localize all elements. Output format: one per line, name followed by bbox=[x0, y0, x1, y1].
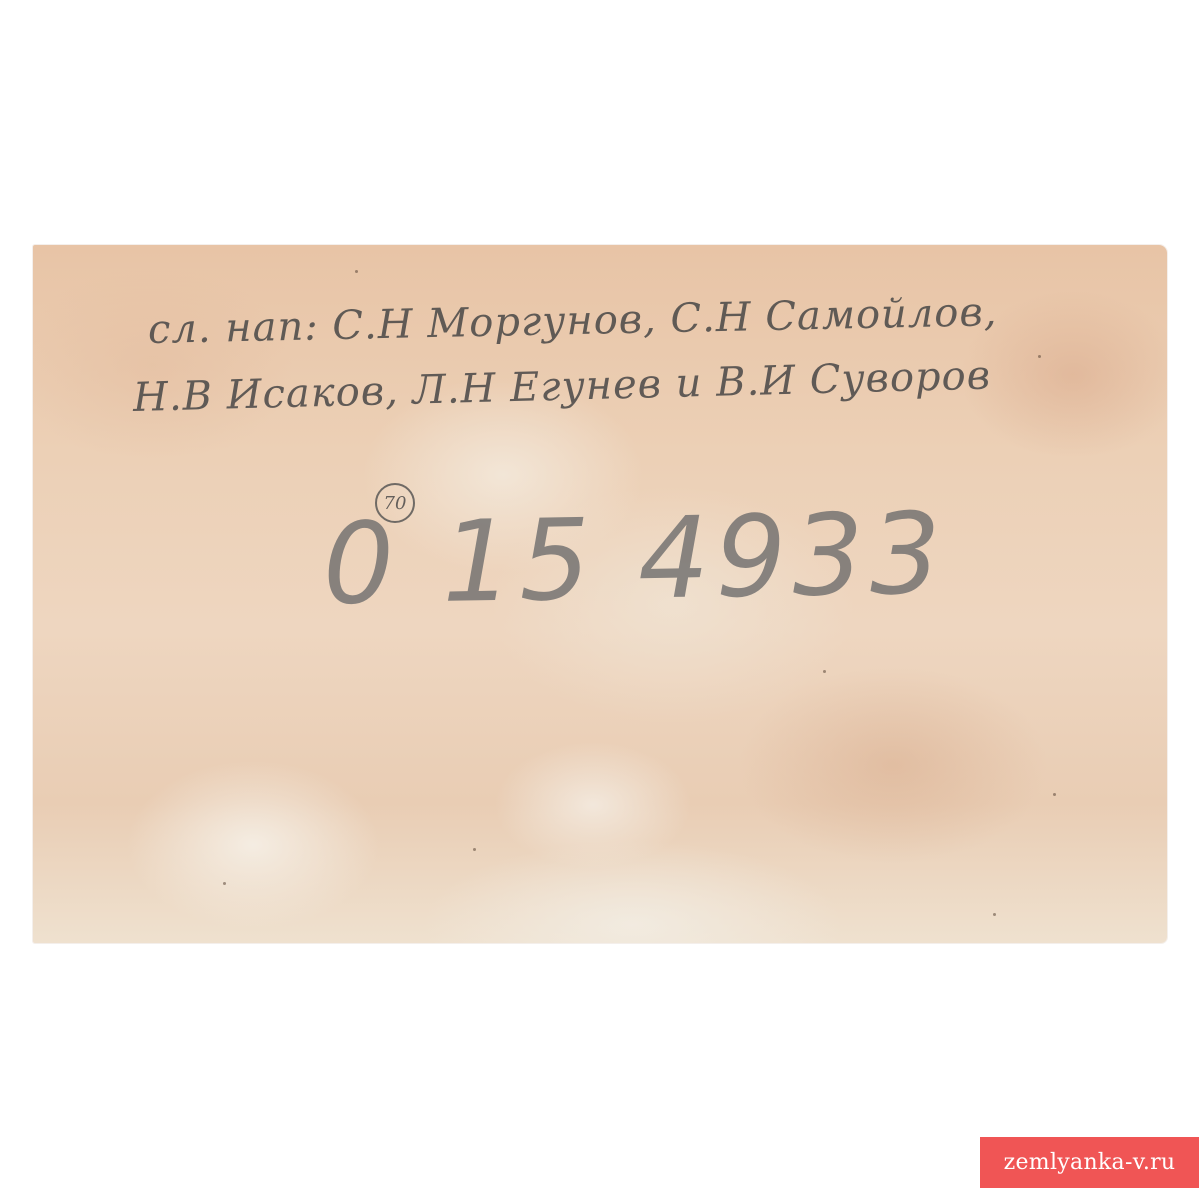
inscription-line-1: сл. нап: С.Н Моргунов, С.Н Самойлов, bbox=[148, 289, 998, 353]
paper-speck bbox=[223, 882, 226, 885]
paper-speck bbox=[355, 270, 358, 273]
photo-card-back: сл. нап: С.Н Моргунов, С.Н Самойлов, Н.В… bbox=[33, 245, 1167, 943]
catalog-number: 0 15 4933 bbox=[322, 489, 948, 630]
site-watermark: zemlyanka-v.ru bbox=[980, 1137, 1199, 1188]
paper-speck bbox=[823, 670, 826, 673]
paper-speck bbox=[1038, 355, 1041, 358]
paper-speck bbox=[1053, 793, 1056, 796]
paper-speck bbox=[993, 913, 996, 916]
paper-speck bbox=[473, 848, 476, 851]
inscription-line-2: Н.В Исаков, Л.Н Егунев и В.И Суворов bbox=[132, 353, 991, 421]
